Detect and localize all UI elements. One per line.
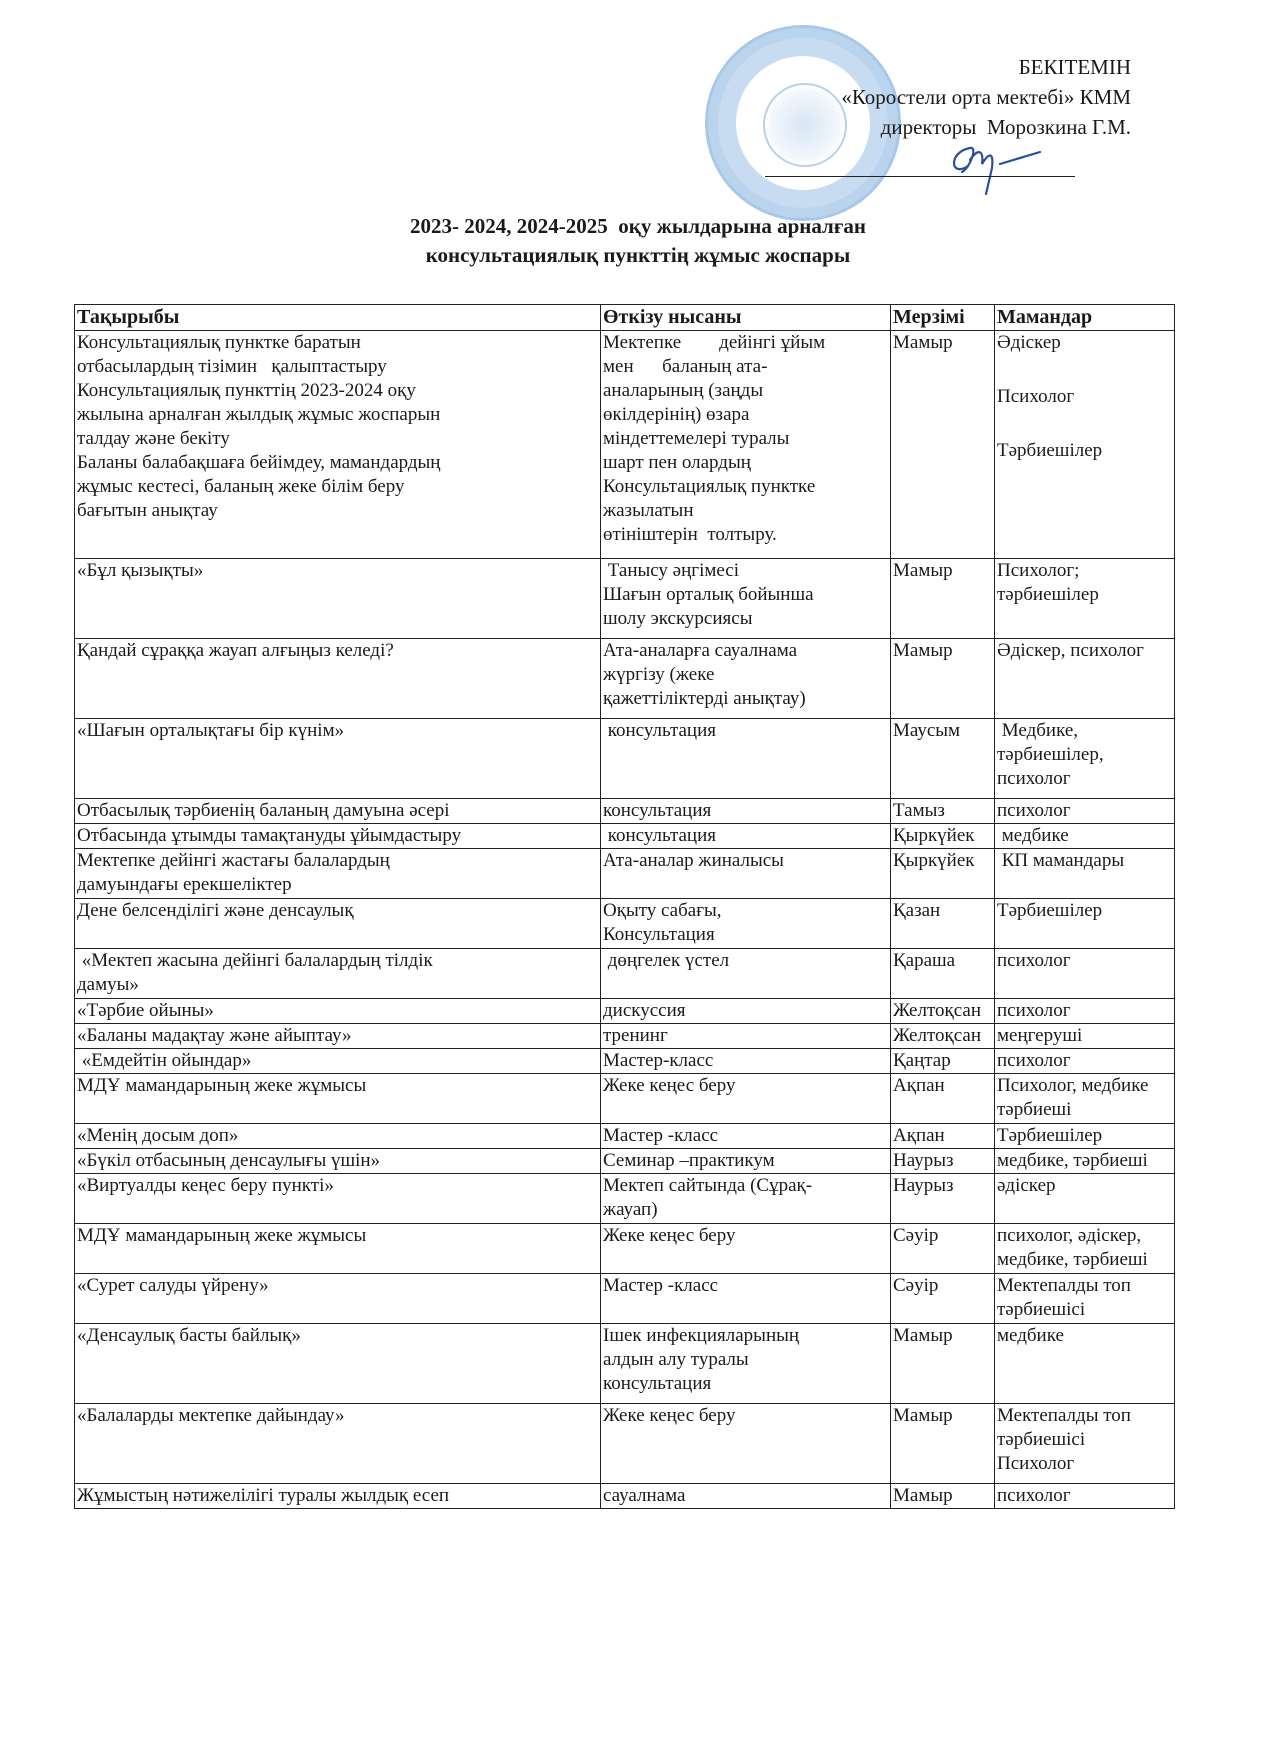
term-cell: Мамыр — [891, 1324, 995, 1404]
cell-text: жүргізу (жеке — [603, 663, 888, 687]
cell-text: Ішек инфекцияларының — [603, 1324, 888, 1348]
specialists-cell: Медбике,тәрбиешілер,психолог — [995, 719, 1175, 799]
cell-text: Қандай сұраққа жауап алғыңыз келеді? — [77, 639, 598, 663]
table-row: Жұмыстың нәтижелілігі туралы жылдық есеп… — [75, 1484, 1175, 1509]
specialists-cell: ӘдіскерПсихологТәрбиешілер — [995, 331, 1175, 559]
term-cell: Сәуір — [891, 1224, 995, 1274]
cell-text: Баланы балабақшаға бейімдеу, мамандардың — [77, 451, 598, 475]
form-cell: Оқыту сабағы,Консультация — [601, 899, 891, 949]
term-cell: Қыркүйек — [891, 824, 995, 849]
title-line-1: 2023- 2024, 2024-2025 оқу жылдарына арна… — [0, 212, 1276, 241]
header-term: Мерзімі — [891, 305, 995, 331]
cell-text: Ата-аналарға сауалнама — [603, 639, 888, 663]
topic-cell: «Денсаулық басты байлық» — [75, 1324, 601, 1404]
signature-icon — [940, 138, 1050, 198]
cell-text: жазылатын — [603, 499, 888, 523]
cell-text: психолог — [997, 1484, 1172, 1508]
topic-cell: «Бұл қызықты» — [75, 559, 601, 639]
term-cell: Сәуір — [891, 1274, 995, 1324]
cell-text: Оқыту сабағы, — [603, 899, 888, 923]
cell-text: психолог — [997, 999, 1172, 1023]
cell-text: әдіскер — [997, 1174, 1172, 1198]
term-cell: Желтоқсан — [891, 1024, 995, 1049]
form-cell: Мектеп сайтында (Сұрақ-жауап) — [601, 1174, 891, 1224]
table-row: «Денсаулық басты байлық»Ішек инфекциялар… — [75, 1324, 1175, 1404]
approval-block: БЕКІТЕМІН «Коростели орта мектебі» КММ д… — [841, 52, 1131, 142]
cell-text: Сәуір — [893, 1224, 992, 1248]
cell-text: психолог — [997, 1049, 1172, 1073]
cell-text: Консультациялық пункттің 2023-2024 оқу — [77, 379, 598, 403]
cell-text: Мектепалды топ — [997, 1274, 1172, 1298]
topic-cell: Жұмыстың нәтижелілігі туралы жылдық есеп — [75, 1484, 601, 1509]
cell-text: тәрбиеші — [997, 1098, 1172, 1122]
cell-text: консультация — [603, 1372, 888, 1396]
cell-text: Тәрбиешілер — [997, 439, 1172, 463]
form-cell: Жеке кеңес беру — [601, 1404, 891, 1484]
term-cell: Ақпан — [891, 1124, 995, 1149]
form-cell: консультация — [601, 824, 891, 849]
cell-text: медбике — [997, 1324, 1172, 1348]
cell-text: Мектепке дейінгі жастағы балалардың — [77, 849, 598, 873]
cell-text: Мектеп сайтында (Сұрақ- — [603, 1174, 888, 1198]
cell-text: Мастер -класс — [603, 1124, 888, 1148]
cell-text: «Тәрбие ойыны» — [77, 999, 598, 1023]
cell-text: Қазан — [893, 899, 992, 923]
topic-cell: МДҰ мамандарының жеке жұмысы — [75, 1074, 601, 1124]
cell-text: «Менің досым доп» — [77, 1124, 598, 1148]
cell-text: Жеке кеңес беру — [603, 1404, 888, 1428]
table-row: Отбасында ұтымды тамақтануды ұйымдастыру… — [75, 824, 1175, 849]
cell-text: консультация — [603, 799, 888, 823]
topic-cell: Мектепке дейінгі жастағы балалардыңдамуы… — [75, 849, 601, 899]
form-cell: Танысу әңгімесіШағын орталық бойыншашолу… — [601, 559, 891, 639]
cell-text: Тамыз — [893, 799, 992, 823]
cell-text: Әдіскер, психолог — [997, 639, 1172, 663]
form-cell: Семинар –практикум — [601, 1149, 891, 1174]
signature-line — [765, 176, 1075, 177]
cell-text: консультация — [603, 824, 888, 848]
table-row: «Балаларды мектепке дайындау»Жеке кеңес … — [75, 1404, 1175, 1484]
cell-text: КП мамандары — [997, 849, 1172, 873]
form-cell: Жеке кеңес беру — [601, 1224, 891, 1274]
cell-text: психолог — [997, 799, 1172, 823]
cell-text: Мектепалды топ — [997, 1404, 1172, 1428]
topic-cell: МДҰ мамандарының жеке жұмысы — [75, 1224, 601, 1274]
topic-cell: «Баланы мадақтау және айыптау» — [75, 1024, 601, 1049]
cell-text: шолу экскурсиясы — [603, 607, 888, 631]
term-cell: Мамыр — [891, 1404, 995, 1484]
specialists-cell: медбике, тәрбиеші — [995, 1149, 1175, 1174]
specialists-cell: медбике — [995, 824, 1175, 849]
cell-text: тренинг — [603, 1024, 888, 1048]
cell-text: Отбасылық тәрбиенің баланың дамуына әсер… — [77, 799, 598, 823]
approval-heading: БЕКІТЕМІН — [841, 52, 1131, 82]
form-cell: Мастер -класс — [601, 1124, 891, 1149]
cell-text: Консультациялық пунктке — [603, 475, 888, 499]
table-row: МДҰ мамандарының жеке жұмысыЖеке кеңес б… — [75, 1074, 1175, 1124]
cell-text: өкілдерінің) өзара — [603, 403, 888, 427]
cell-text: Ата-аналар жиналысы — [603, 849, 888, 873]
cell-text: «Баланы мадақтау және айыптау» — [77, 1024, 598, 1048]
cell-text: Жеке кеңес беру — [603, 1074, 888, 1098]
form-cell: консультация — [601, 719, 891, 799]
term-cell: Мамыр — [891, 559, 995, 639]
cell-text: Қыркүйек — [893, 824, 992, 848]
specialists-cell: әдіскер — [995, 1174, 1175, 1224]
specialists-cell: психолог — [995, 1484, 1175, 1509]
cell-text: «Мектеп жасына дейінгі балалардың тілдік — [77, 949, 598, 973]
cell-text: талдау және бекіту — [77, 427, 598, 451]
cell-text: тәрбиешілер, — [997, 743, 1172, 767]
table-row: Дене белсенділігі және денсаулықОқыту са… — [75, 899, 1175, 949]
term-cell: Желтоқсан — [891, 999, 995, 1024]
cell-text: дамуындағы ерекшеліктер — [77, 873, 598, 897]
topic-cell: «Тәрбие ойыны» — [75, 999, 601, 1024]
table-row: Консультациялық пунктке баратынотбасылар… — [75, 331, 1175, 559]
specialists-cell: психолог — [995, 999, 1175, 1024]
cell-text: «Денсаулық басты байлық» — [77, 1324, 598, 1348]
cell-text: Маусым — [893, 719, 992, 743]
cell-text: Желтоқсан — [893, 999, 992, 1023]
cell-text: Отбасында ұтымды тамақтануды ұйымдастыру — [77, 824, 598, 848]
form-cell: тренинг — [601, 1024, 891, 1049]
cell-text: дамуы» — [77, 973, 598, 997]
table-row: МДҰ мамандарының жеке жұмысыЖеке кеңес б… — [75, 1224, 1175, 1274]
topic-cell: «Виртуалды кеңес беру пункті» — [75, 1174, 601, 1224]
cell-text: Қараша — [893, 949, 992, 973]
topic-cell: «Мектеп жасына дейінгі балалардың тілдік… — [75, 949, 601, 999]
cell-text: консультация — [603, 719, 888, 743]
work-plan-table: Тақырыбы Өткізу нысаны Мерзімі Мамандар … — [74, 304, 1175, 1509]
term-cell: Наурыз — [891, 1174, 995, 1224]
cell-text: Жұмыстың нәтижелілігі туралы жылдық есеп — [77, 1484, 598, 1508]
cell-text: «Шағын орталықтағы бір күнім» — [77, 719, 598, 743]
table-row: Мектепке дейінгі жастағы балалардыңдамуы… — [75, 849, 1175, 899]
cell-text: аналарының (заңды — [603, 379, 888, 403]
cell-text: Мамыр — [893, 1404, 992, 1428]
cell-text: «Бұл қызықты» — [77, 559, 598, 583]
term-cell: Маусым — [891, 719, 995, 799]
table-row: «Мектеп жасына дейінгі балалардың тілдік… — [75, 949, 1175, 999]
form-cell: дискуссия — [601, 999, 891, 1024]
emblem-icon — [763, 83, 847, 167]
cell-text: Тәрбиешілер — [997, 1124, 1172, 1148]
cell-text: меңгеруші — [997, 1024, 1172, 1048]
cell-text: Танысу әңгімесі — [603, 559, 888, 583]
cell-text: Мамыр — [893, 1484, 992, 1508]
specialists-cell: психолог, әдіскер,медбике, тәрбиеші — [995, 1224, 1175, 1274]
table-row: «Баланы мадақтау және айыптау»тренингЖел… — [75, 1024, 1175, 1049]
topic-cell: Дене белсенділігі және денсаулық — [75, 899, 601, 949]
cell-text: Мамыр — [893, 1324, 992, 1348]
title-line-2: консультациялық пункттің жұмыс жоспары — [0, 241, 1276, 270]
form-cell: Ішек инфекцияларыныңалдын алу туралыконс… — [601, 1324, 891, 1404]
cell-text: отбасылардың тізімин қалыптастыру — [77, 355, 598, 379]
form-cell: консультация — [601, 799, 891, 824]
cell-text: Дене белсенділігі және денсаулық — [77, 899, 598, 923]
cell-text: Шағын орталық бойынша — [603, 583, 888, 607]
cell-text: тәрбиешісі — [997, 1428, 1172, 1452]
cell-text: психолог, әдіскер, — [997, 1224, 1172, 1248]
cell-text: Қыркүйек — [893, 849, 992, 873]
cell-text: мен баланың ата- — [603, 355, 888, 379]
topic-cell: Отбасында ұтымды тамақтануды ұйымдастыру — [75, 824, 601, 849]
specialists-cell: медбике — [995, 1324, 1175, 1404]
form-cell: дөңгелек үстел — [601, 949, 891, 999]
topic-cell: «Емдейтін ойындар» — [75, 1049, 601, 1074]
table-header-row: Тақырыбы Өткізу нысаны Мерзімі Мамандар — [75, 305, 1175, 331]
topic-cell: «Сурет салуды үйрену» — [75, 1274, 601, 1324]
specialists-cell: Мектепалды топтәрбиешісіПсихолог — [995, 1404, 1175, 1484]
cell-text: медбике, тәрбиеші — [997, 1248, 1172, 1272]
topic-cell: Консультациялық пунктке баратынотбасылар… — [75, 331, 601, 559]
cell-text: дискуссия — [603, 999, 888, 1023]
cell-text: Мектепке дейінгі ұйым — [603, 331, 888, 355]
cell-text: Жеке кеңес беру — [603, 1224, 888, 1248]
table-row: «Тәрбие ойыны»дискуссияЖелтоқсанпсихолог — [75, 999, 1175, 1024]
term-cell: Қараша — [891, 949, 995, 999]
document-title: 2023- 2024, 2024-2025 оқу жылдарына арна… — [0, 212, 1276, 270]
cell-text: Қаңтар — [893, 1049, 992, 1073]
cell-text: Психолог; — [997, 559, 1172, 583]
table-row: «Бүкіл отбасының денсаулығы үшін»Семинар… — [75, 1149, 1175, 1174]
term-cell: Мамыр — [891, 639, 995, 719]
cell-text: МДҰ мамандарының жеке жұмысы — [77, 1074, 598, 1098]
cell-text: «Виртуалды кеңес беру пункті» — [77, 1174, 598, 1198]
term-cell: Мамыр — [891, 1484, 995, 1509]
table-row: «Виртуалды кеңес беру пункті»Мектеп сайт… — [75, 1174, 1175, 1224]
specialists-cell: психолог — [995, 949, 1175, 999]
header-form: Өткізу нысаны — [601, 305, 891, 331]
cell-text: жылына арналған жылдық жұмыс жоспарын — [77, 403, 598, 427]
topic-cell: Қандай сұраққа жауап алғыңыз келеді? — [75, 639, 601, 719]
term-cell: Тамыз — [891, 799, 995, 824]
cell-text: жауап) — [603, 1198, 888, 1222]
cell-text: Мастер -класс — [603, 1274, 888, 1298]
specialists-cell: Психолог, медбикетәрбиеші — [995, 1074, 1175, 1124]
form-cell: Ата-аналарға сауалнамажүргізу (жекеқажет… — [601, 639, 891, 719]
cell-text: Мамыр — [893, 559, 992, 583]
table-row: «Бұл қызықты» Танысу әңгімесіШағын ортал… — [75, 559, 1175, 639]
cell-text: психолог — [997, 767, 1172, 791]
cell-text: «Бүкіл отбасының денсаулығы үшін» — [77, 1149, 598, 1173]
cell-text: Наурыз — [893, 1149, 992, 1173]
term-cell: Мамыр — [891, 331, 995, 559]
cell-text: алдын алу туралы — [603, 1348, 888, 1372]
topic-cell: «Менің досым доп» — [75, 1124, 601, 1149]
cell-text: жұмыс кестесі, баланың жеке білім беру — [77, 475, 598, 499]
table-row: «Емдейтін ойындар»Мастер-классҚаңтарпсих… — [75, 1049, 1175, 1074]
specialists-cell: психолог — [995, 799, 1175, 824]
cell-text: Мамыр — [893, 331, 992, 355]
term-cell: Қазан — [891, 899, 995, 949]
specialists-cell: Мектепалды топтәрбиешісі — [995, 1274, 1175, 1324]
cell-text: міндеттемелері туралы — [603, 427, 888, 451]
topic-cell: Отбасылық тәрбиенің баланың дамуына әсер… — [75, 799, 601, 824]
cell-text: тәрбиешісі — [997, 1298, 1172, 1322]
cell-text: өтініштерін толтыру. — [603, 523, 888, 547]
cell-text: Консультация — [603, 923, 888, 947]
specialists-cell: Әдіскер, психолог — [995, 639, 1175, 719]
cell-text: МДҰ мамандарының жеке жұмысы — [77, 1224, 598, 1248]
cell-text: Наурыз — [893, 1174, 992, 1198]
table-row: «Сурет салуды үйрену»Мастер -классСәуірМ… — [75, 1274, 1175, 1324]
term-cell: Ақпан — [891, 1074, 995, 1124]
cell-text: медбике, тәрбиеші — [997, 1149, 1172, 1173]
specialists-cell: Психолог;тәрбиешілер — [995, 559, 1175, 639]
cell-text: Психолог — [997, 1452, 1172, 1476]
cell-text: психолог — [997, 949, 1172, 973]
form-cell: Мастер-класс — [601, 1049, 891, 1074]
cell-text: «Емдейтін ойындар» — [77, 1049, 598, 1073]
table-row: «Шағын орталықтағы бір күнім» консультац… — [75, 719, 1175, 799]
specialists-cell: КП мамандары — [995, 849, 1175, 899]
cell-text: Ақпан — [893, 1074, 992, 1098]
cell-text: «Сурет салуды үйрену» — [77, 1274, 598, 1298]
topic-cell: «Бүкіл отбасының денсаулығы үшін» — [75, 1149, 601, 1174]
table-row: Отбасылық тәрбиенің баланың дамуына әсер… — [75, 799, 1175, 824]
cell-text: сауалнама — [603, 1484, 888, 1508]
term-cell: Қаңтар — [891, 1049, 995, 1074]
cell-text: Семинар –практикум — [603, 1149, 888, 1173]
topic-cell: «Шағын орталықтағы бір күнім» — [75, 719, 601, 799]
term-cell: Қыркүйек — [891, 849, 995, 899]
form-cell: Мектепке дейінгі ұйыммен баланың ата-ана… — [601, 331, 891, 559]
specialists-cell: психолог — [995, 1049, 1175, 1074]
cell-text: Психолог, медбике — [997, 1074, 1172, 1098]
specialists-cell: Тәрбиешілер — [995, 899, 1175, 949]
cell-text: Әдіскер — [997, 331, 1172, 355]
cell-text: Тәрбиешілер — [997, 899, 1172, 923]
approval-organization: «Коростели орта мектебі» КММ — [841, 82, 1131, 112]
cell-text: Мастер-класс — [603, 1049, 888, 1073]
term-cell: Наурыз — [891, 1149, 995, 1174]
cell-text: Ақпан — [893, 1124, 992, 1148]
table-row: «Менің досым доп»Мастер -классАқпанТәрби… — [75, 1124, 1175, 1149]
form-cell: сауалнама — [601, 1484, 891, 1509]
cell-text: шарт пен олардың — [603, 451, 888, 475]
form-cell: Мастер -класс — [601, 1274, 891, 1324]
cell-text: «Балаларды мектепке дайындау» — [77, 1404, 598, 1428]
cell-text: дөңгелек үстел — [603, 949, 888, 973]
header-topic: Тақырыбы — [75, 305, 601, 331]
cell-text: қажеттіліктерді анықтау) — [603, 687, 888, 711]
cell-text: бағытын анықтау — [77, 499, 598, 523]
header-specialists: Мамандар — [995, 305, 1175, 331]
table-row: Қандай сұраққа жауап алғыңыз келеді?Ата-… — [75, 639, 1175, 719]
cell-text: Мамыр — [893, 639, 992, 663]
form-cell: Жеке кеңес беру — [601, 1074, 891, 1124]
topic-cell: «Балаларды мектепке дайындау» — [75, 1404, 601, 1484]
cell-text: тәрбиешілер — [997, 583, 1172, 607]
cell-text: Психолог — [997, 385, 1172, 409]
table-body: Консультациялық пунктке баратынотбасылар… — [75, 331, 1175, 1509]
cell-text: Сәуір — [893, 1274, 992, 1298]
specialists-cell: меңгеруші — [995, 1024, 1175, 1049]
cell-text: Желтоқсан — [893, 1024, 992, 1048]
cell-text: Медбике, — [997, 719, 1172, 743]
form-cell: Ата-аналар жиналысы — [601, 849, 891, 899]
cell-text: Консультациялық пунктке баратын — [77, 331, 598, 355]
cell-text: медбике — [997, 824, 1172, 848]
specialists-cell: Тәрбиешілер — [995, 1124, 1175, 1149]
